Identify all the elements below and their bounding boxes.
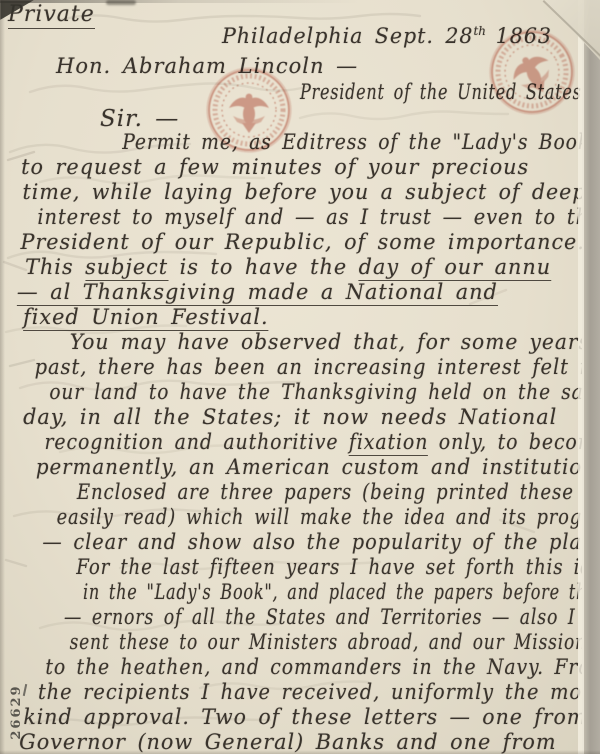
letter-line: our land to have the Thanksgiving held o… [49,380,552,405]
date-ordinal: th [473,24,485,38]
letter-line: Enclosed are three papers (being printed… [77,480,549,505]
paper-edge-highlight [578,0,584,754]
letter-line: — ernors of all the States and Territori… [64,605,536,630]
salutation-line: Sir. — [100,106,179,132]
scan-edge-left [0,0,5,754]
red-eagle-seal-icon [203,64,295,156]
letter-line: to the heathen, and commanders in the Na… [45,655,556,680]
letter-line: permanently, an American custom and inst… [36,455,570,480]
letter-scan-page: 26629 Private Philadelphia Sept. 28th186… [0,0,600,754]
letter-line: fixed Union Festival. [23,305,583,330]
place-date: Philadelphia Sept. 28 [222,24,473,48]
letter-line: This subject is to have the day of our a… [25,255,583,280]
letter-line: For the last fifteen years I have set fo… [76,555,549,580]
scan-edge-right [582,0,600,754]
letter-line: easily read) which will make the idea an… [57,505,544,530]
scan-edge-bottom [0,750,600,754]
letter-line: day, in all the States; it now needs Nat… [23,405,583,430]
letter-line: interest to myself and — as I trust — ev… [37,205,564,230]
letter-line: Permit me, as Editress of the "Lady's Bo… [122,130,560,155]
letter-line: recognition and authoritive fixation onl… [45,430,558,455]
letter-line: — al Thanksgiving made a National and [17,280,583,305]
letter-line: You may have observed that, for some yea… [70,330,577,355]
scan-edge-top [0,0,600,3]
top-edge-mark [106,0,136,5]
letter-line: time, while laying before you a subject … [23,180,580,205]
letter-line: President of our Republic, of some impor… [21,230,582,255]
letter-line: — clear and show also the popularity of … [42,530,563,555]
letter-line: in the "Lady's Book", and placed the pap… [83,580,519,605]
letter-line: sent these to our Ministers abroad, and … [70,630,533,655]
letter-line: kind approval. Two of these letters — on… [23,705,578,730]
letter-line: the recipients I have received, uniforml… [38,680,564,705]
letter-line: to request a few minutes of your preciou… [21,155,583,180]
letter-body: Permit me, as Editress of the "Lady's Bo… [14,130,586,754]
letter-line: past, there has been an increasing inter… [35,355,566,380]
